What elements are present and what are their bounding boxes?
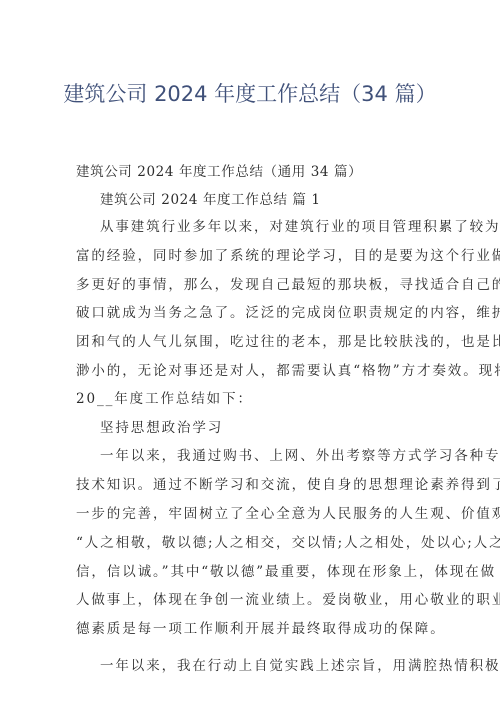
paragraph-line: 破口就成为当务之急了。泛泛的完成岗位职责规定的内容，维护一 — [76, 304, 500, 322]
document-title: 建筑公司 2024 年度工作总结（34 篇） — [0, 80, 500, 108]
paragraph-line: 德素质是每一项工作顺利开展并最终取得成功的保障。 — [76, 620, 446, 638]
paragraph-line: 人做事上，体现在争创一流业绩上。爱岗敬业，用心敬业的职业道 — [76, 591, 500, 609]
document-page: 建筑公司 2024 年度工作总结（34 篇） 建筑公司 2024 年度工作总结（… — [0, 0, 500, 707]
paragraph-line: 富的经验，同时参加了系统的理论学习，目的是要为这个行业做更 — [76, 247, 500, 265]
paragraph-line: 信，信以诚。”其中“敬以德”最重要，体现在形象上，体现在做 — [76, 563, 496, 581]
paragraph-line: 渺小的，无论对事还是对人，都需要认真“格物”方才奏效。现将 — [76, 362, 500, 380]
paragraph-line: 团和气的人气儿氛围，吃过往的老本，那是比较肤浅的，也是比较 — [76, 333, 500, 351]
paragraph-line: 一年以来，我在行动上自觉实践上述宗旨，用满腔热情积极、 — [100, 657, 500, 675]
paragraph-line: 20__年度工作总结如下： — [76, 390, 253, 408]
document-subtitle: 建筑公司 2024 年度工作总结（通用 34 篇） — [76, 163, 362, 181]
paragraph-line: 一步的完善，牢固树立了全心全意为人民服务的人生观、价值观。 — [76, 505, 500, 523]
paragraph-line: 多更好的事情，那么，发现自己最短的那块板，寻找适合自己的突 — [76, 276, 500, 294]
section-heading: 坚持思想政治学习 — [100, 419, 223, 437]
part-title: 建筑公司 2024 年度工作总结 篇 1 — [100, 191, 321, 209]
paragraph-line: 技术知识。通过不断学习和交流，使自身的思想理论素养得到了进 — [76, 476, 500, 494]
paragraph-line: 从事建筑行业多年以来，对建筑行业的项目管理积累了较为丰 — [100, 218, 500, 236]
paragraph-line: 一年以来，我通过购书、上网、外出考察等方式学习各种专业 — [100, 447, 500, 465]
paragraph-line: “人之相敬，敬以德;人之相交，交以情;人之相处，处以心;人之相 — [76, 534, 500, 552]
